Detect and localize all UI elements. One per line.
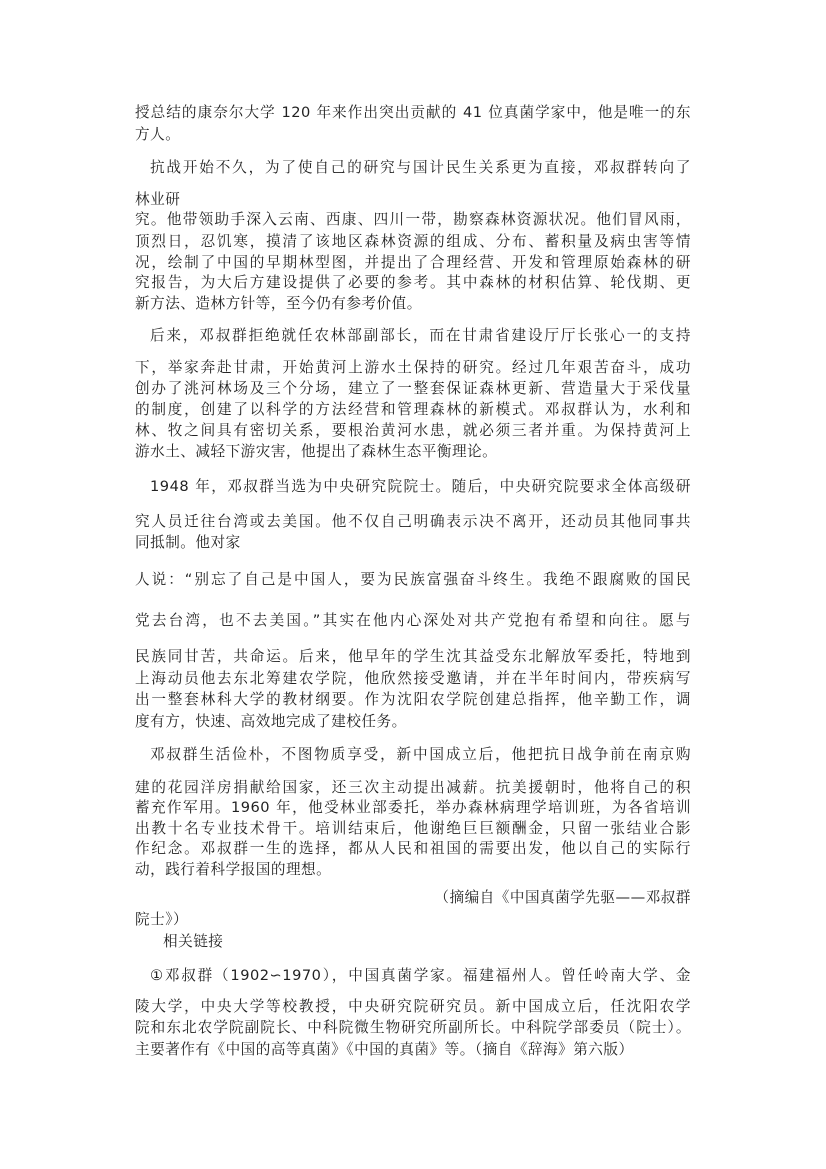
text-line: 党去台湾，也不去美国。”其实在他内心深处对共产党抱有希望和向往。愿与 <box>135 610 691 632</box>
text-line: 后来，邓叔群拒绝就任农林部副部长，而在甘肃省建设厅厅长张心一的支持 <box>150 325 691 347</box>
text-line: ①邓叔群（1902∽1970），中国真菌学家。福建福州人。曾任岭南大学、金 <box>150 965 691 987</box>
text-line: 相关链接 <box>163 931 691 953</box>
text-line: 新方法、造林方针等，至今仍有参考价值。 <box>135 293 691 315</box>
text-line: 出一整套林科大学的教材纲要。作为沈阳农学院创建总指挥，他辛勤工作，调 <box>135 689 691 711</box>
text-line: 蓄充作军用。1960 年，他受林业部委托，举办森林病理学培训班，为各省培训 <box>135 797 691 819</box>
text-line: 主要著作有《中国的高等真菌》《中国的真菌》等。（摘自《辞海》第六版） <box>135 1039 691 1061</box>
text-line: 林业研 <box>135 189 691 211</box>
text-line: （摘编自《中国真菌学先驱——邓叔群 <box>135 887 691 909</box>
text-line: 1948 年，邓叔群当选为中央研究院院士。随后，中央研究院要求全体高级研 <box>150 476 691 498</box>
text-line: 院士》） <box>135 909 691 931</box>
text-line: 顶烈日，忍饥寒，摸清了该地区森林资源的组成、分布、蓄积量及病虫害等情 <box>135 231 691 253</box>
text-line: 的制度，创建了以科学的方法经营和管理森林的新模式。邓叔群认为，水利和 <box>135 399 691 421</box>
text-line: 林、牧之间具有密切关系，要根治黄河水患，就必须三者并重。为保持黄河上 <box>135 420 691 442</box>
text-line: 度有方，快速、高效地完成了建校任务。 <box>135 711 691 733</box>
text-line: 邓叔群生活俭朴，不图物质享受，新中国成立后，他把抗日战争前在南京购 <box>150 744 691 766</box>
text-line: 作纪念。邓叔群一生的选择，都从人民和祖国的需要出发，他以自己的实际行 <box>135 838 691 860</box>
text-line: 授总结的康奈尔大学 120 年来作出突出贡献的 41 位真菌学家中，他是唯一的东 <box>135 102 691 124</box>
text-line: 出教十名专业技术骨干。培训结束后，他谢绝巨巨额酬金，只留一张结业合影 <box>135 818 691 840</box>
text-line: 游水土、减轻下游灾害，他提出了森林生态平衡理论。 <box>135 441 691 463</box>
text-line: 上海动员他去东北筹建农学院，他欣然接受邀请，并在半年时间内，带疾病写 <box>135 668 691 690</box>
text-line: 方人。 <box>135 124 691 146</box>
text-line: 究报告，为大后方建设提供了必要的参考。其中森林的材积估算、轮伐期、更 <box>135 272 691 294</box>
text-line: 同抵制。他对家 <box>135 532 691 554</box>
text-line: 陵大学，中央大学等校教授，中央研究院研究员。新中国成立后，任沈阳农学 <box>135 996 691 1018</box>
text-line: 况，绘制了中国的早期林型图，并提出了合理经营、开发和管理原始森林的研 <box>135 252 691 274</box>
text-line: 究。他带领助手深入云南、西康、四川一带，勘察森林资源状况。他们冒风雨， <box>135 209 691 231</box>
text-line: 下，举家奔赴甘肃，开始黄河上游水土保持的研究。经过几年艰苦奋斗，成功 <box>135 357 691 379</box>
text-line: 动，践行着科学报国的理想。 <box>135 859 691 881</box>
text-line: 究人员迁往台湾或去美国。他不仅自己明确表示决不离开，还动员其他同事共 <box>135 511 691 533</box>
text-line: 民族同甘苦，共命运。后来，他早年的学生沈其益受东北解放军委托，特地到 <box>135 646 691 668</box>
text-line: 建的花园洋房捐献给国家，还三次主动提出减薪。抗美援朝时，他将自己的积 <box>135 777 691 799</box>
text-line: 院和东北农学院副院长、中科院微生物研究所副所长。中科院学部委员（院士）。 <box>135 1017 691 1039</box>
text-line: 创办了洮河林场及三个分场，建立了一整套保证森林更新、营造量大于采伐量 <box>135 378 691 400</box>
text-line: 抗战开始不久，为了使自己的研究与国计民生关系更为直接，邓叔群转向了 <box>150 157 691 179</box>
text-line: 人说：“别忘了自己是中国人，要为民族富强奋斗终生。我绝不跟腐败的国民 <box>135 569 691 591</box>
